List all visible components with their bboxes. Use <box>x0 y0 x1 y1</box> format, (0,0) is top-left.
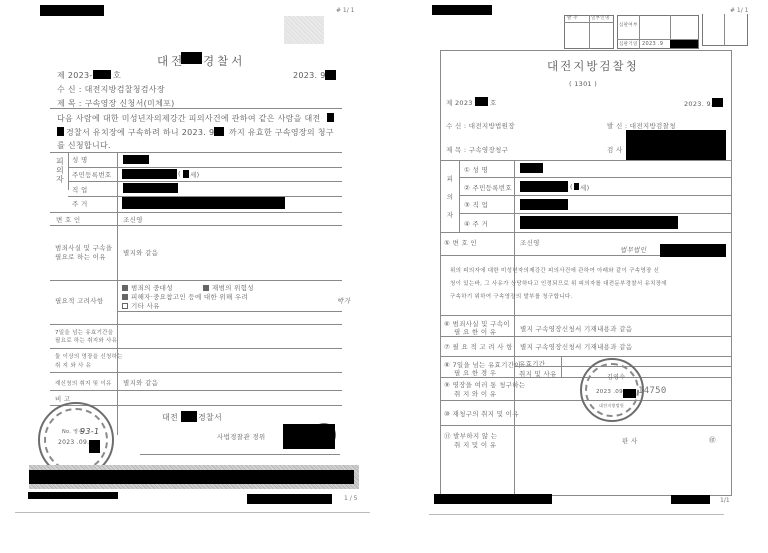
row-6-label-2: 필 요 한 이 유 <box>454 327 496 336</box>
doc-number-suffix: 호 <box>490 98 497 107</box>
over7-label-2: 필요로 하는 취지와 사유 <box>55 336 117 344</box>
redacted-station <box>181 52 202 64</box>
lawyer-value: 조신영 <box>520 238 540 247</box>
intro-line-3: 를 신청합니다. <box>57 140 111 151</box>
scan-noise <box>284 16 324 44</box>
occupation-label: ③ 직 업 <box>464 200 488 209</box>
row-7-value: 별지 구속영장신청서 기재내용과 같음 <box>520 342 632 351</box>
officer-title: 사법경찰관 경위 <box>217 432 265 441</box>
stamp-name: 김영수 <box>607 372 625 381</box>
stamp-serial: 14750 <box>638 386 667 396</box>
reapply-label: 재신청의 취지 및 이유 <box>55 379 112 387</box>
doc-number-suffix: 호 <box>113 70 121 81</box>
name-label: 성 명 <box>72 155 88 164</box>
intro-line-1: 다음 사람에 대한 미성년자의제강간 피의사건에 관하여 같은 사람을 대전 <box>57 113 321 124</box>
receipt-col-1: 발 주 <box>567 15 578 21</box>
hearing-status-label: 심판여부 <box>619 22 638 28</box>
stamp-org: 대전지방법원 <box>599 403 624 409</box>
hearing-date-value: 2023 .9 <box>642 41 663 47</box>
over7-label-1: 7일을 넘는 유효기간을 <box>55 328 113 336</box>
row-7-label: ⑦ 필 요 적 고 려 사 항 <box>444 342 513 351</box>
row-11-label-1: ⑪ 발부하지 않 는 <box>444 431 497 440</box>
age-suffix: 세) <box>580 183 589 192</box>
name-label: ① 성 명 <box>464 165 488 174</box>
row-8-label-2: 필 요 한 경 우 <box>454 368 496 377</box>
occupation-label: 직 업 <box>72 185 88 194</box>
extra-box <box>702 14 748 46</box>
footer-org-prefix: 대전 <box>162 412 178 423</box>
redacted-header <box>40 5 104 16</box>
rrn-label: 주민등록번호 <box>72 170 111 179</box>
body-line-2: 청이 있는바, 그 사유가 상당하다고 인정되므로 위 피의자를 대전둔부경찰서… <box>450 279 667 287</box>
sender: 발 신 : 대전지방검찰청 <box>607 121 676 130</box>
stamp-date: 2023 .09. <box>596 389 625 395</box>
consideration-1: 범죄의 중대성 <box>122 283 173 292</box>
redacted-occupation <box>123 183 178 193</box>
hearing-date-label: 심판기일 <box>619 41 638 47</box>
address-label: 주 거 <box>72 199 88 208</box>
redacted-day <box>325 70 336 80</box>
row-9-label-1: ⑨ 영장을 여러 통 청구하는 <box>444 380 525 389</box>
doc-title: 대전지방검찰청 <box>547 58 639 74</box>
receipt-col-2: 일부인명 <box>591 15 610 21</box>
doc-number-prefix: 제 2023 <box>446 98 473 107</box>
row-10-label: ⑩ 재청구의 취지 및 이유 <box>444 409 519 418</box>
page-marker: # 1/ 1 <box>336 7 355 14</box>
row-6-value: 별지 구속영장신청서 기재내용과 같음 <box>520 324 632 333</box>
doc-date: 2023. 9. <box>293 71 328 80</box>
consideration-4: 기타 사유 <box>122 301 160 310</box>
doc-title-suffix: 경찰서 <box>203 53 245 69</box>
page-footer: 1 / 5 <box>344 495 357 502</box>
body-line-3: 구속하기 위하여 구속영장의 발부를 청구합니다. <box>450 292 573 300</box>
redacted-rrn <box>122 169 177 179</box>
intro-line-2b: 까지 유효한 구속영장의 청구 <box>229 127 334 138</box>
redacted-name <box>123 155 149 164</box>
recipient: 수 신 : 대전지방법원장 <box>446 121 515 130</box>
body-line-1: 위의 피의자에 대한 미성년자의제강간 피의사건에 관하여 아래와 같이 구속영… <box>450 266 659 274</box>
recipient: 수 신 : 대전지방검찰청검사장 <box>57 84 165 95</box>
judge-label: 판 사 <box>622 436 638 445</box>
intro-line-2a: 경찰서 유치장에 구속하려 하니 2023. 9. <box>66 127 217 138</box>
prosecutor-label: 검 사 <box>607 145 623 154</box>
redacted-doc-number <box>93 70 111 79</box>
checkbox-checked <box>122 294 128 300</box>
stamp-number: 93-1 <box>80 427 99 436</box>
multi-warrant-label-1: 둘 이상의 영장을 신청하는 <box>55 352 123 360</box>
footer-org-suffix: 경찰서 <box>198 412 222 423</box>
row-9-label-2: 취 지 와 이 유 <box>454 389 496 398</box>
checkbox-checked <box>122 285 128 291</box>
judge-seal: ㊞ <box>709 435 716 444</box>
crime-reason-value: 별지와 같음 <box>123 248 158 257</box>
redacted-prosecutor <box>626 130 726 160</box>
consideration-2: 재범의 위험성 <box>203 283 254 292</box>
stamp-date: 2023 .09. <box>58 439 89 446</box>
doc-date: 2023. 9. <box>684 100 713 108</box>
consideration-3: 피해자·중요참고인 등에 대한 위해 우려 <box>122 292 248 301</box>
considerations-label: 필요적 고려사항 <box>55 296 103 305</box>
redacted-header <box>432 5 492 15</box>
redacted-officer-name <box>283 424 335 449</box>
redacted-band <box>29 470 354 484</box>
page-footer: 1/1 <box>720 497 730 504</box>
left-document-page: # 1/ 1 대전 경찰서 제 2023- 호 2023. 9. 수 신 : 대… <box>0 0 384 553</box>
lawyer-label: ⑤ 변 호 인 <box>444 238 477 247</box>
lawyer-value: 조신영 <box>123 215 143 224</box>
page-marker: # 1/ 1 <box>730 7 749 14</box>
margin-signature: 박가 <box>337 296 350 305</box>
rrn-label: ② 주민등록번호 <box>464 183 512 192</box>
checkbox-checked <box>203 285 209 291</box>
lawyer-note: 법무법인 <box>620 245 646 254</box>
address-label: ④ 주 거 <box>464 219 488 228</box>
reapply-value: 별지와 같음 <box>123 378 158 387</box>
redacted-address <box>122 197 285 209</box>
lawyer-label: 변 호 인 <box>56 215 80 224</box>
crime-reason-label-2: 필요로 하는 이유 <box>55 252 106 261</box>
age-suffix: 세) <box>190 170 199 179</box>
suspect-group-label: 피 의 자 <box>446 170 454 224</box>
crime-reason-label-1: 범죄사실 및 구속을 <box>55 243 112 252</box>
row-11-label-2: 취 지 및 이 유 <box>454 440 496 449</box>
suspect-group-label: 피 의 자 <box>55 157 65 184</box>
multi-warrant-label-2: 취 지 와 사 유 <box>55 361 91 369</box>
checkbox-unchecked <box>122 303 128 309</box>
subject: 제 목 : 구속영장청구 <box>446 145 508 154</box>
right-document-page: # 1/ 1 발 주 일부인명 심판여부 심판기일 2023 .9 대전지방검찰… <box>384 0 768 553</box>
doc-number-prefix: 제 2023- <box>57 70 93 81</box>
doc-code: ( 1301 ) <box>569 80 597 88</box>
